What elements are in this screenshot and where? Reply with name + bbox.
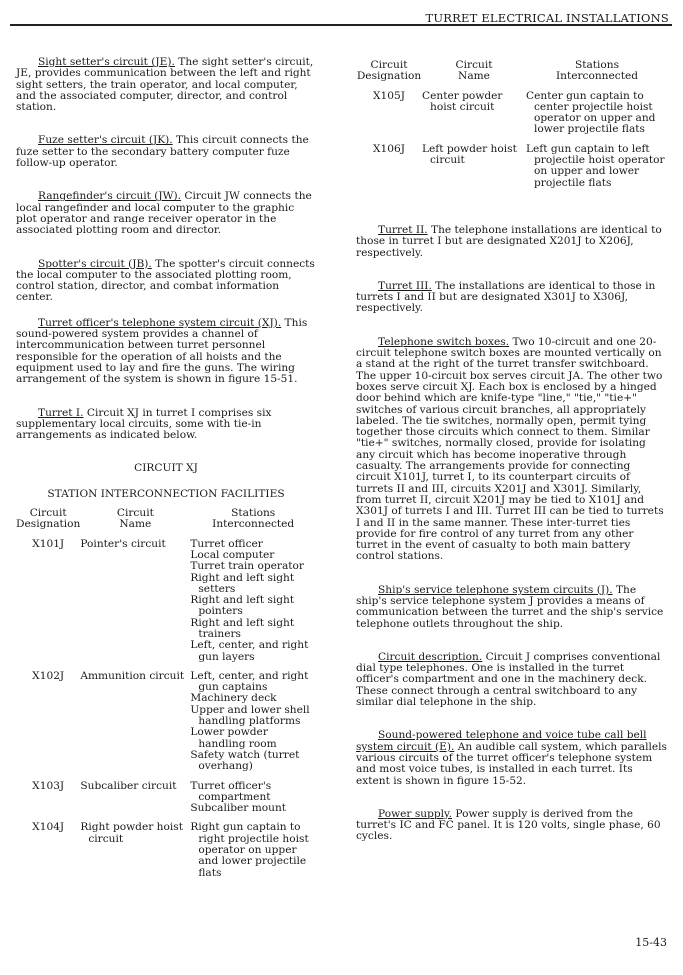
circuit-name: Center powder hoist circuit bbox=[422, 91, 526, 114]
station-entry: Safety watch (turret overhang) bbox=[190, 750, 316, 773]
circuit-table-left: CircuitDesignationCircuitNameStationsInt… bbox=[16, 508, 316, 879]
circuit-designation: X102J bbox=[16, 671, 80, 773]
section-spotter: Spotter's circuit (JB). The spotter's ci… bbox=[16, 259, 316, 304]
section-ships-service: Ship's service telephone system circuits… bbox=[356, 585, 668, 630]
station-entry: Subcaliber mount bbox=[190, 803, 316, 814]
section-heading: Spotter's circuit (JB). bbox=[38, 258, 152, 270]
station-entry: Turret officer's compartment bbox=[190, 781, 316, 804]
table-row: X101JPointer's circuitTurret officerLoca… bbox=[16, 539, 316, 663]
circuit-designation: X101J bbox=[16, 539, 80, 663]
section-turret-two: Turret II. The telephone installations a… bbox=[356, 225, 668, 259]
section-heading: Turret officer's telephone system circui… bbox=[38, 317, 281, 329]
section-turret-three: Turret III. The installations are identi… bbox=[356, 281, 668, 315]
right-column: CircuitDesignationCircuitNameStationsInt… bbox=[356, 60, 668, 843]
circuit-name: Ammunition circuit bbox=[80, 671, 190, 682]
circuit-name: Right powder hoist circuit bbox=[80, 822, 190, 845]
circuit-designation: X105J bbox=[356, 91, 422, 136]
column-header: CircuitDesignation bbox=[16, 508, 80, 539]
section-heading: Circuit description. bbox=[378, 651, 482, 663]
circuit-name: Left powder hoist circuit bbox=[422, 144, 526, 167]
column-header: CircuitDesignation bbox=[356, 60, 422, 91]
column-header: StationsInterconnected bbox=[526, 60, 668, 91]
section-body: Two 10-circuit and one 20-circuit teleph… bbox=[356, 336, 664, 563]
section-rangefinder: Rangefinder's circuit (JW). Circuit JW c… bbox=[16, 191, 316, 236]
section-power-supply: Power supply. Power supply is derived fr… bbox=[356, 809, 668, 843]
column-header: StationsInterconnected bbox=[190, 508, 316, 539]
column-header: CircuitName bbox=[80, 508, 190, 539]
section-heading: Power supply. bbox=[378, 808, 452, 820]
table-row: X104JRight powder hoist circuitRight gun… bbox=[16, 822, 316, 878]
section-heading: Ship's service telephone system circuits… bbox=[378, 584, 613, 596]
table-row: X103JSubcaliber circuitTurret officer's … bbox=[16, 781, 316, 815]
left-column: Sight setter's circuit (JE). The sight s… bbox=[16, 57, 316, 879]
circuit-designation: X104J bbox=[16, 822, 80, 878]
circuit-designation: X103J bbox=[16, 781, 80, 815]
station-entry: Right and left sight setters bbox=[190, 573, 316, 596]
circuit-name: Pointer's circuit bbox=[80, 539, 190, 550]
station-entry: Lower powder handling room bbox=[190, 727, 316, 750]
page-number: 15-43 bbox=[635, 936, 667, 949]
section-turret-one: Turret I. Circuit XJ in turret I compris… bbox=[16, 408, 316, 442]
station-entry: Center gun captain to center projectile … bbox=[526, 91, 668, 136]
section-heading: Turret II. bbox=[378, 224, 428, 236]
section-fuze-setter: Fuze setter's circuit (JK). This circuit… bbox=[16, 135, 316, 169]
station-entry: Turret train operator bbox=[190, 561, 316, 572]
circuit-name: Subcaliber circuit bbox=[80, 781, 190, 792]
section-switch-boxes: Telephone switch boxes. Two 10-circuit a… bbox=[356, 337, 668, 563]
table-row: X102JAmmunition circuitLeft, center, and… bbox=[16, 671, 316, 773]
table-title: CIRCUIT XJ bbox=[16, 463, 316, 474]
station-entry: Left gun captain to left projectile hois… bbox=[526, 144, 668, 189]
section-circuit-description: Circuit description. Circuit J comprises… bbox=[356, 652, 668, 708]
section-sight-setter: Sight setter's circuit (JE). The sight s… bbox=[16, 57, 316, 113]
section-call-bell: Sound-powered telephone and voice tube c… bbox=[356, 730, 668, 786]
section-heading: Fuze setter's circuit (JK). bbox=[38, 134, 173, 146]
section-heading: Turret III. bbox=[378, 280, 432, 292]
station-entry: Right and left sight pointers bbox=[190, 595, 316, 618]
section-heading: Sight setter's circuit (JE). bbox=[38, 56, 175, 68]
circuit-table-right: CircuitDesignationCircuitNameStationsInt… bbox=[356, 60, 668, 189]
section-heading: Rangefinder's circuit (JW). bbox=[38, 190, 181, 202]
section-turret-officer: Turret officer's telephone system circui… bbox=[16, 318, 316, 386]
table-row: X106JLeft powder hoist circuitLeft gun c… bbox=[356, 144, 668, 189]
station-entry: Right and left sight trainers bbox=[190, 618, 316, 641]
column-header: CircuitName bbox=[422, 60, 526, 91]
station-entry: Right gun captain to right projectile ho… bbox=[190, 822, 316, 878]
section-heading: Turret I. bbox=[38, 407, 83, 419]
station-entry: Left, center, and right gun layers bbox=[190, 640, 316, 663]
circuit-designation: X106J bbox=[356, 144, 422, 189]
table-row: X105JCenter powder hoist circuitCenter g… bbox=[356, 91, 668, 136]
station-entry: Left, center, and right gun captains bbox=[190, 671, 316, 694]
section-heading: Telephone switch boxes. bbox=[378, 336, 509, 348]
table-subtitle: STATION INTERCONNECTION FACILITIES bbox=[16, 489, 316, 500]
station-entry: Upper and lower shell handling platforms bbox=[190, 705, 316, 728]
running-header: TURRET ELECTRICAL INSTALLATIONS bbox=[426, 11, 669, 25]
